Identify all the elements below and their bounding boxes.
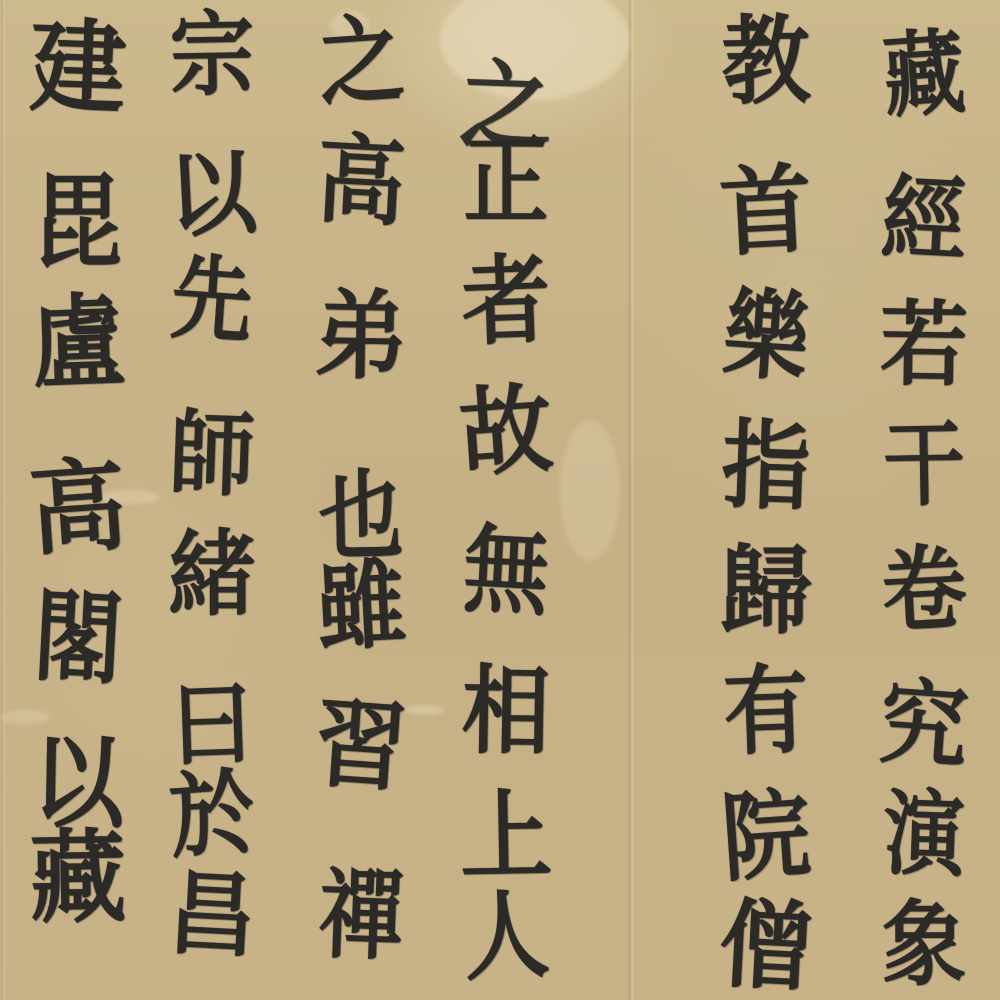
calligraphy-character: 高 [314,130,407,231]
calligraphy-scroll: 藏經若干卷究演象教首樂指歸有院僧之正者故無相上人之高弟也雖習禪宗以先師緒曰於昌建… [0,0,1000,1000]
calligraphy-character: 宗 [169,7,255,101]
paper-stain [405,705,445,715]
calligraphy-character: 指 [720,416,812,516]
calligraphy-character: 象 [882,898,966,990]
calligraphy-character: 雖 [314,555,407,656]
calligraphy-character: 人 [461,886,551,987]
calligraphy-character: 相 [461,662,551,760]
calligraphy-character: 建 [28,16,127,120]
calligraphy-character: 師 [168,406,256,501]
calligraphy-character: 藏 [29,827,127,929]
calligraphy-character: 故 [457,380,556,483]
calligraphy-character: 干 [883,417,966,511]
calligraphy-character: 緒 [168,528,256,620]
calligraphy-character: 以 [166,146,259,243]
calligraphy-character: 習 [312,695,411,798]
calligraphy-character: 有 [722,661,810,760]
calligraphy-character: 正 [464,133,549,230]
paper-seam [628,0,634,1000]
calligraphy-character: 若 [879,297,969,391]
calligraphy-character: 經 [879,171,968,268]
calligraphy-character: 僧 [718,895,815,996]
calligraphy-character: 先 [168,250,255,348]
calligraphy-character: 高 [27,454,130,561]
calligraphy-character: 歸 [720,543,812,640]
calligraphy-character: 者 [460,251,552,351]
calligraphy-character: 弟 [314,287,408,385]
paper-stain [560,420,620,560]
calligraphy-character: 於 [167,765,258,863]
calligraphy-character: 上 [459,787,553,885]
calligraphy-character: 教 [721,12,811,110]
calligraphy-character: 卷 [879,541,968,638]
calligraphy-character: 無 [461,521,551,622]
calligraphy-character: 演 [882,786,966,881]
calligraphy-character: 閣 [31,585,124,690]
calligraphy-character: 首 [718,160,815,261]
calligraphy-character: 盧 [30,291,126,395]
calligraphy-character: 院 [719,785,814,888]
calligraphy-character: 藏 [880,25,967,123]
calligraphy-character: 禪 [317,866,405,965]
paper-edge [0,0,6,1000]
calligraphy-character: 樂 [720,285,811,387]
calligraphy-character: 之 [315,10,406,112]
calligraphy-character: 昌 [166,866,259,963]
calligraphy-character: 究 [877,675,971,773]
calligraphy-character: 毘 [34,173,122,274]
